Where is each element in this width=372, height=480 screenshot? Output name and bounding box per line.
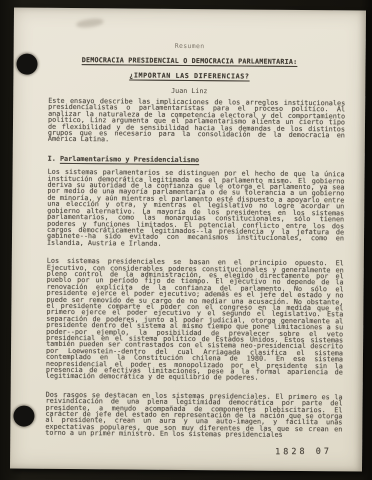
document-title-line-2: ¿IMPORTAN LAS DIFERENCIAS?: [13, 70, 365, 81]
author-name: Juan Linz: [13, 85, 365, 96]
body-paragraph-2: Los sistemas presidenciales se basan en …: [46, 258, 344, 382]
document-title-line-1: DEMOCRACIA PRESIDENCIAL O DEMOCRACIA PAR…: [14, 55, 366, 66]
section-heading-title: Parlamentarismo y Presidencialismo: [60, 155, 199, 164]
kicker-resumen: Resumen: [14, 40, 366, 51]
archive-number-stamp: 1828 07: [275, 447, 332, 457]
abstract-paragraph: Este ensayo describe las implicaciones d…: [48, 98, 345, 145]
body-paragraph-1: Los sistemas parlamentarios se distingue…: [47, 169, 345, 248]
document-body: Este ensayo describe las implicaciones d…: [45, 98, 345, 451]
body-paragraph-3: Dos rasgos se destacan en los sistemas p…: [45, 392, 342, 439]
scanned-document-page: Resumen DEMOCRACIA PRESIDENCIAL O DEMOCR…: [10, 7, 366, 471]
document-header: Resumen DEMOCRACIA PRESIDENCIAL O DEMOCR…: [13, 40, 365, 96]
section-heading: I. Parlamentarismo y Presidencialismo: [48, 156, 345, 165]
hole-punch-bottom: [13, 405, 34, 426]
section-heading-number: I.: [48, 155, 60, 163]
pencil-smudge: [75, 17, 104, 29]
